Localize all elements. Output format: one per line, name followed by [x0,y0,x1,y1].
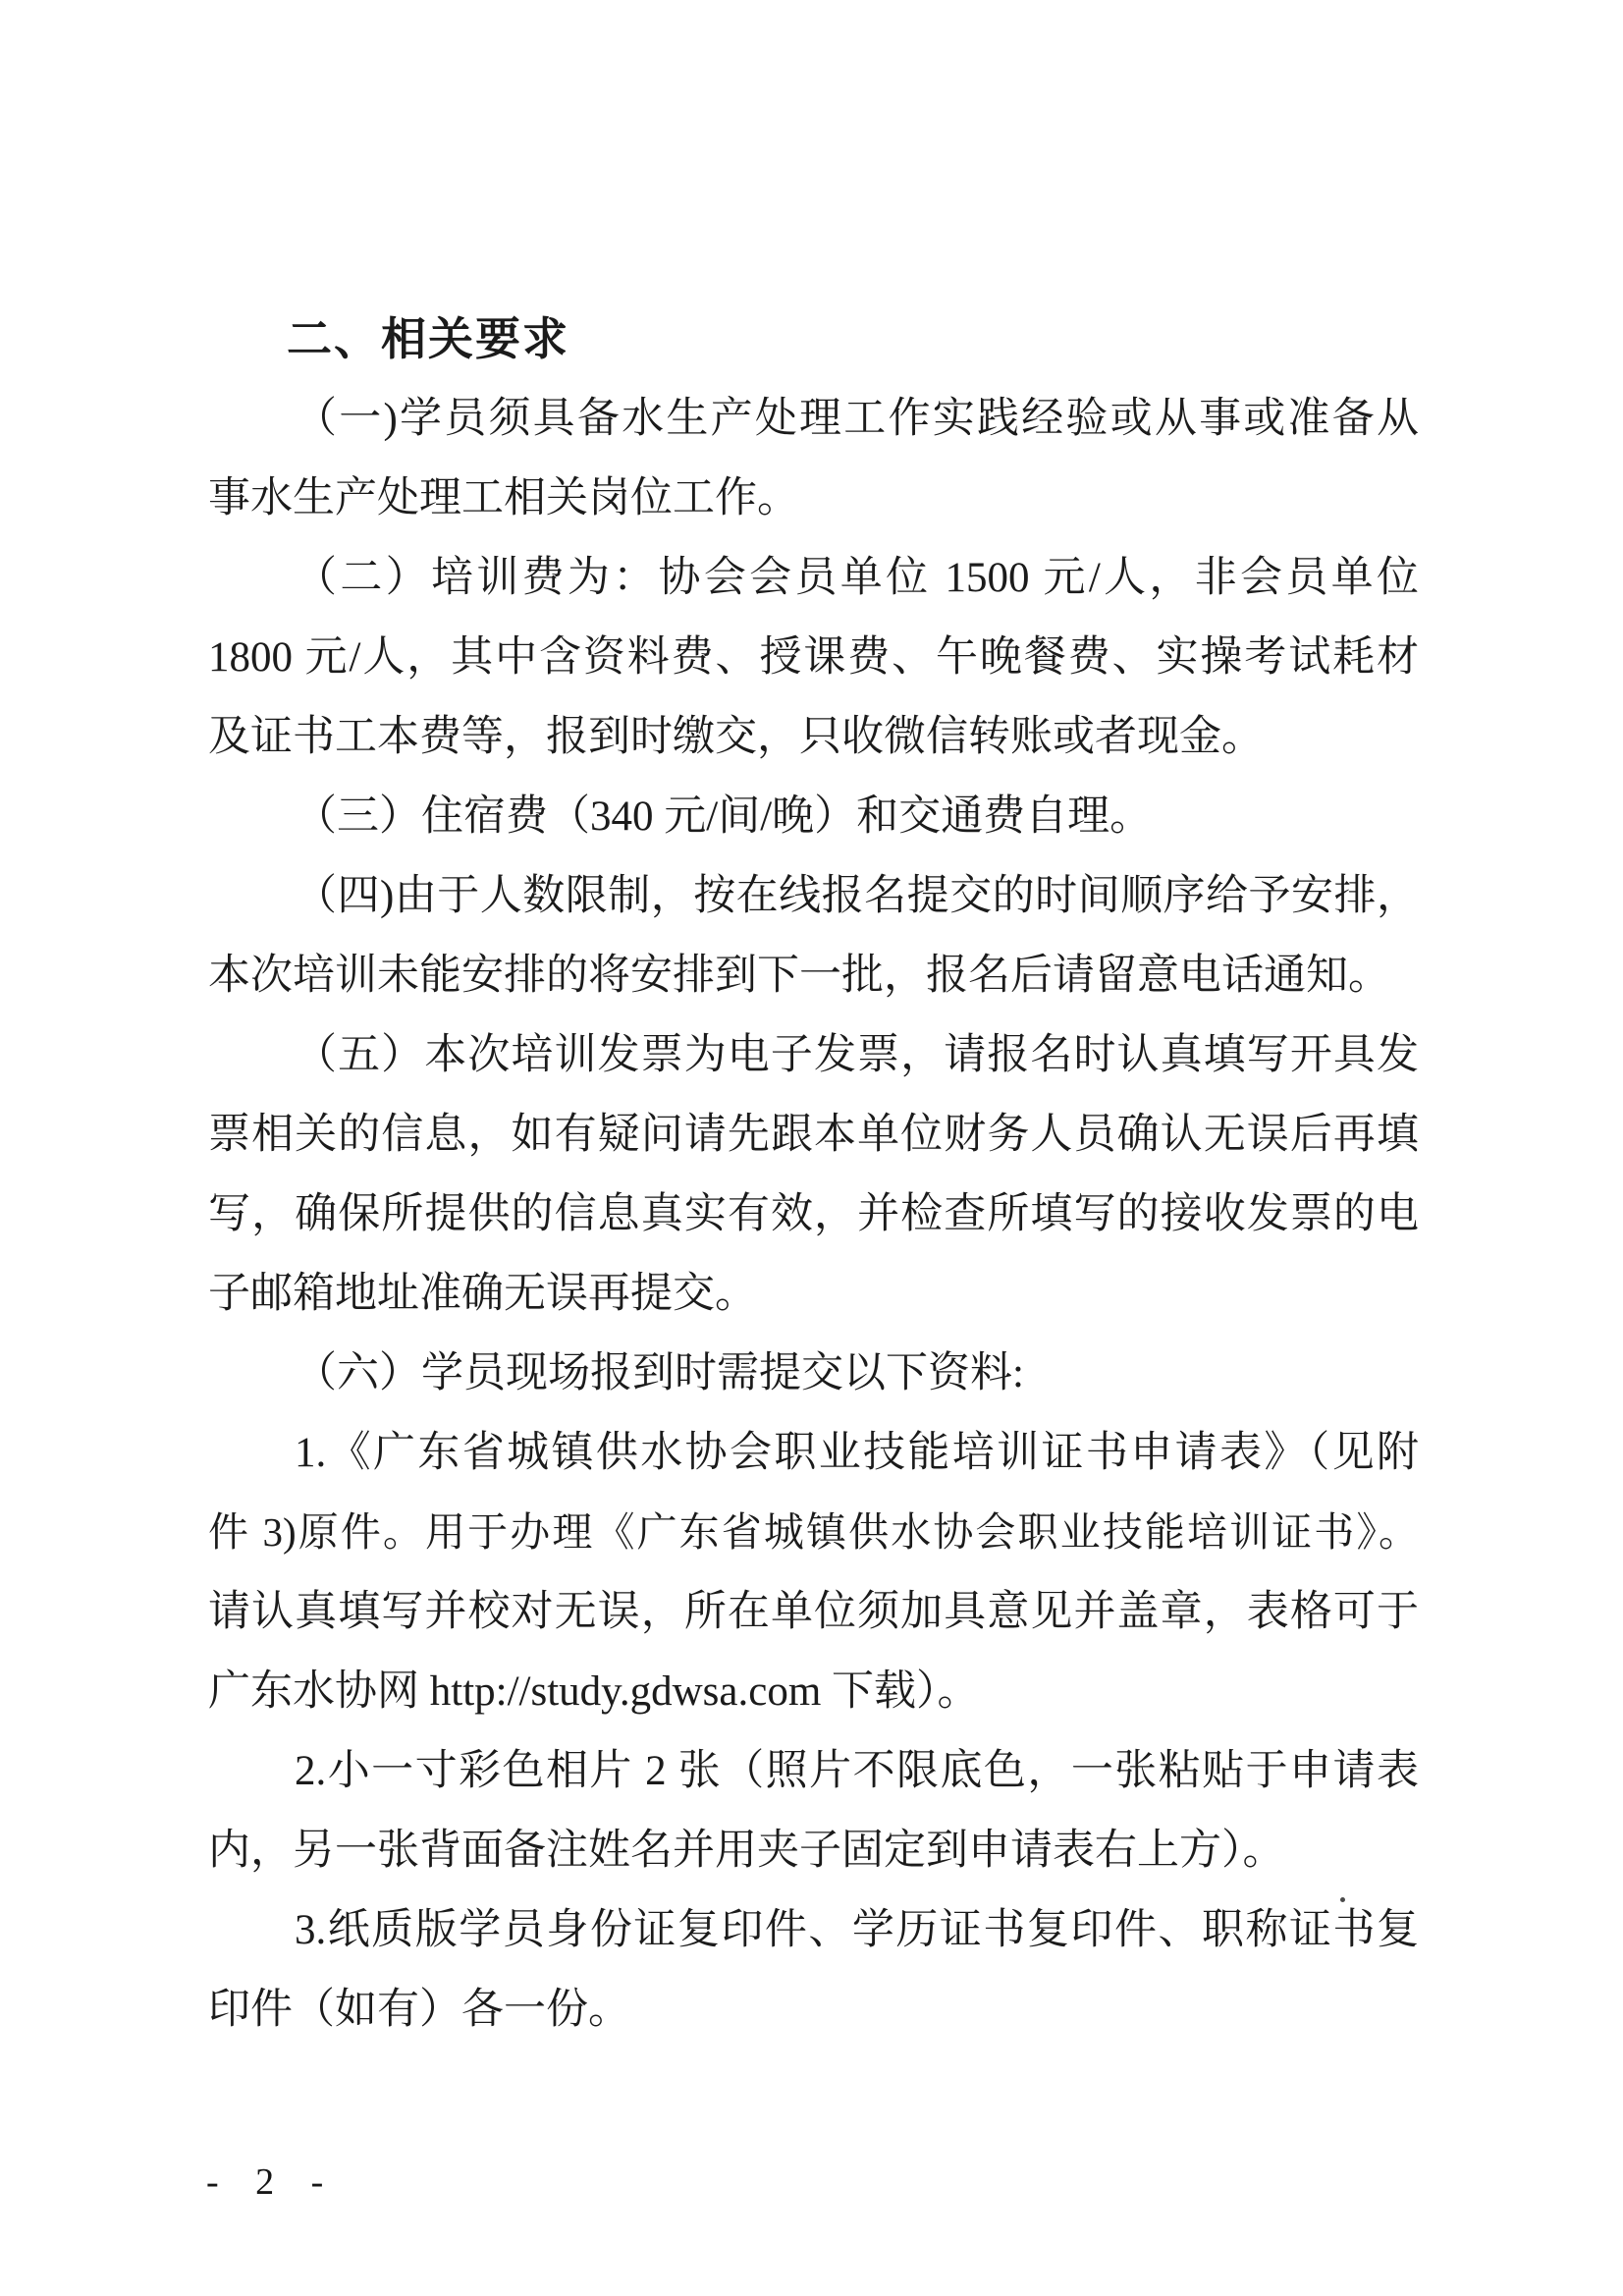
text-line: 票相关的信息，如有疑问请先跟本单位财务人员确认无误后再填 [208,1095,1419,1175]
text-line: （四)由于人数限制，按在线报名提交的时间顺序给予安排， [208,856,1419,936]
text-line: 件 3)原件。用于办理《广东省城镇供水协会职业技能培训证书》。 [208,1493,1419,1572]
text-line: 本次培训未能安排的将安排到下一批，报名后请留意电话通知。 [208,936,1419,1015]
text-line: 请认真填写并校对无误，所在单位须加具意见并盖章，表格可于 [208,1572,1419,1652]
text-line: （二）培训费为：协会会员单位 1500 元/人，非会员单位 [208,538,1419,618]
page-number: - 2 - [206,2153,337,2212]
text-line: 2.小一寸彩色相片 2 张（照片不限底色，一张粘贴于申请表 [208,1731,1419,1811]
text-line: （三）住宿费（340 元/间/晚）和交通费自理。 [208,777,1419,856]
text-line: 内，另一张背面备注姓名并用夹子固定到申请表右上方）。 [208,1811,1419,1890]
document-body: 二、相关要求 （一)学员须具备水生产处理工作实践经验或从事或准备从 事水生产处理… [208,300,1419,2050]
text-line: 写，确保所提供的信息真实有效，并检查所填写的接收发票的电 [208,1175,1419,1254]
text-line: 1800 元/人，其中含资料费、授课费、午晚餐费、实操考试耗材 [208,618,1419,697]
text-line: 事水生产处理工相关岗位工作。 [208,459,1419,538]
text-line: （六）学员现场报到时需提交以下资料: [208,1334,1419,1413]
text-line: （五）本次培训发票为电子发票，请报名时认真填写开具发 [208,1015,1419,1095]
text-line: 1.《广东省城镇供水协会职业技能培训证书申请表》（见附 [208,1413,1419,1493]
text-line: 广东水协网 http://study.gdwsa.com 下载）。 [208,1652,1419,1731]
document-page: 二、相关要求 （一)学员须具备水生产处理工作实践经验或从事或准备从 事水生产处理… [0,0,1623,2296]
scan-artifact-dot [1340,1897,1345,1902]
text-line: 印件（如有）各一份。 [208,1970,1419,2050]
text-line: 子邮箱地址准确无误再提交。 [208,1254,1419,1334]
text-line: 及证书工本费等，报到时缴交，只收微信转账或者现金。 [208,697,1419,777]
section-heading: 二、相关要求 [208,300,1419,379]
text-line: （一)学员须具备水生产处理工作实践经验或从事或准备从 [208,379,1419,459]
text-line: 3.纸质版学员身份证复印件、学历证书复印件、职称证书复 [208,1890,1419,1970]
